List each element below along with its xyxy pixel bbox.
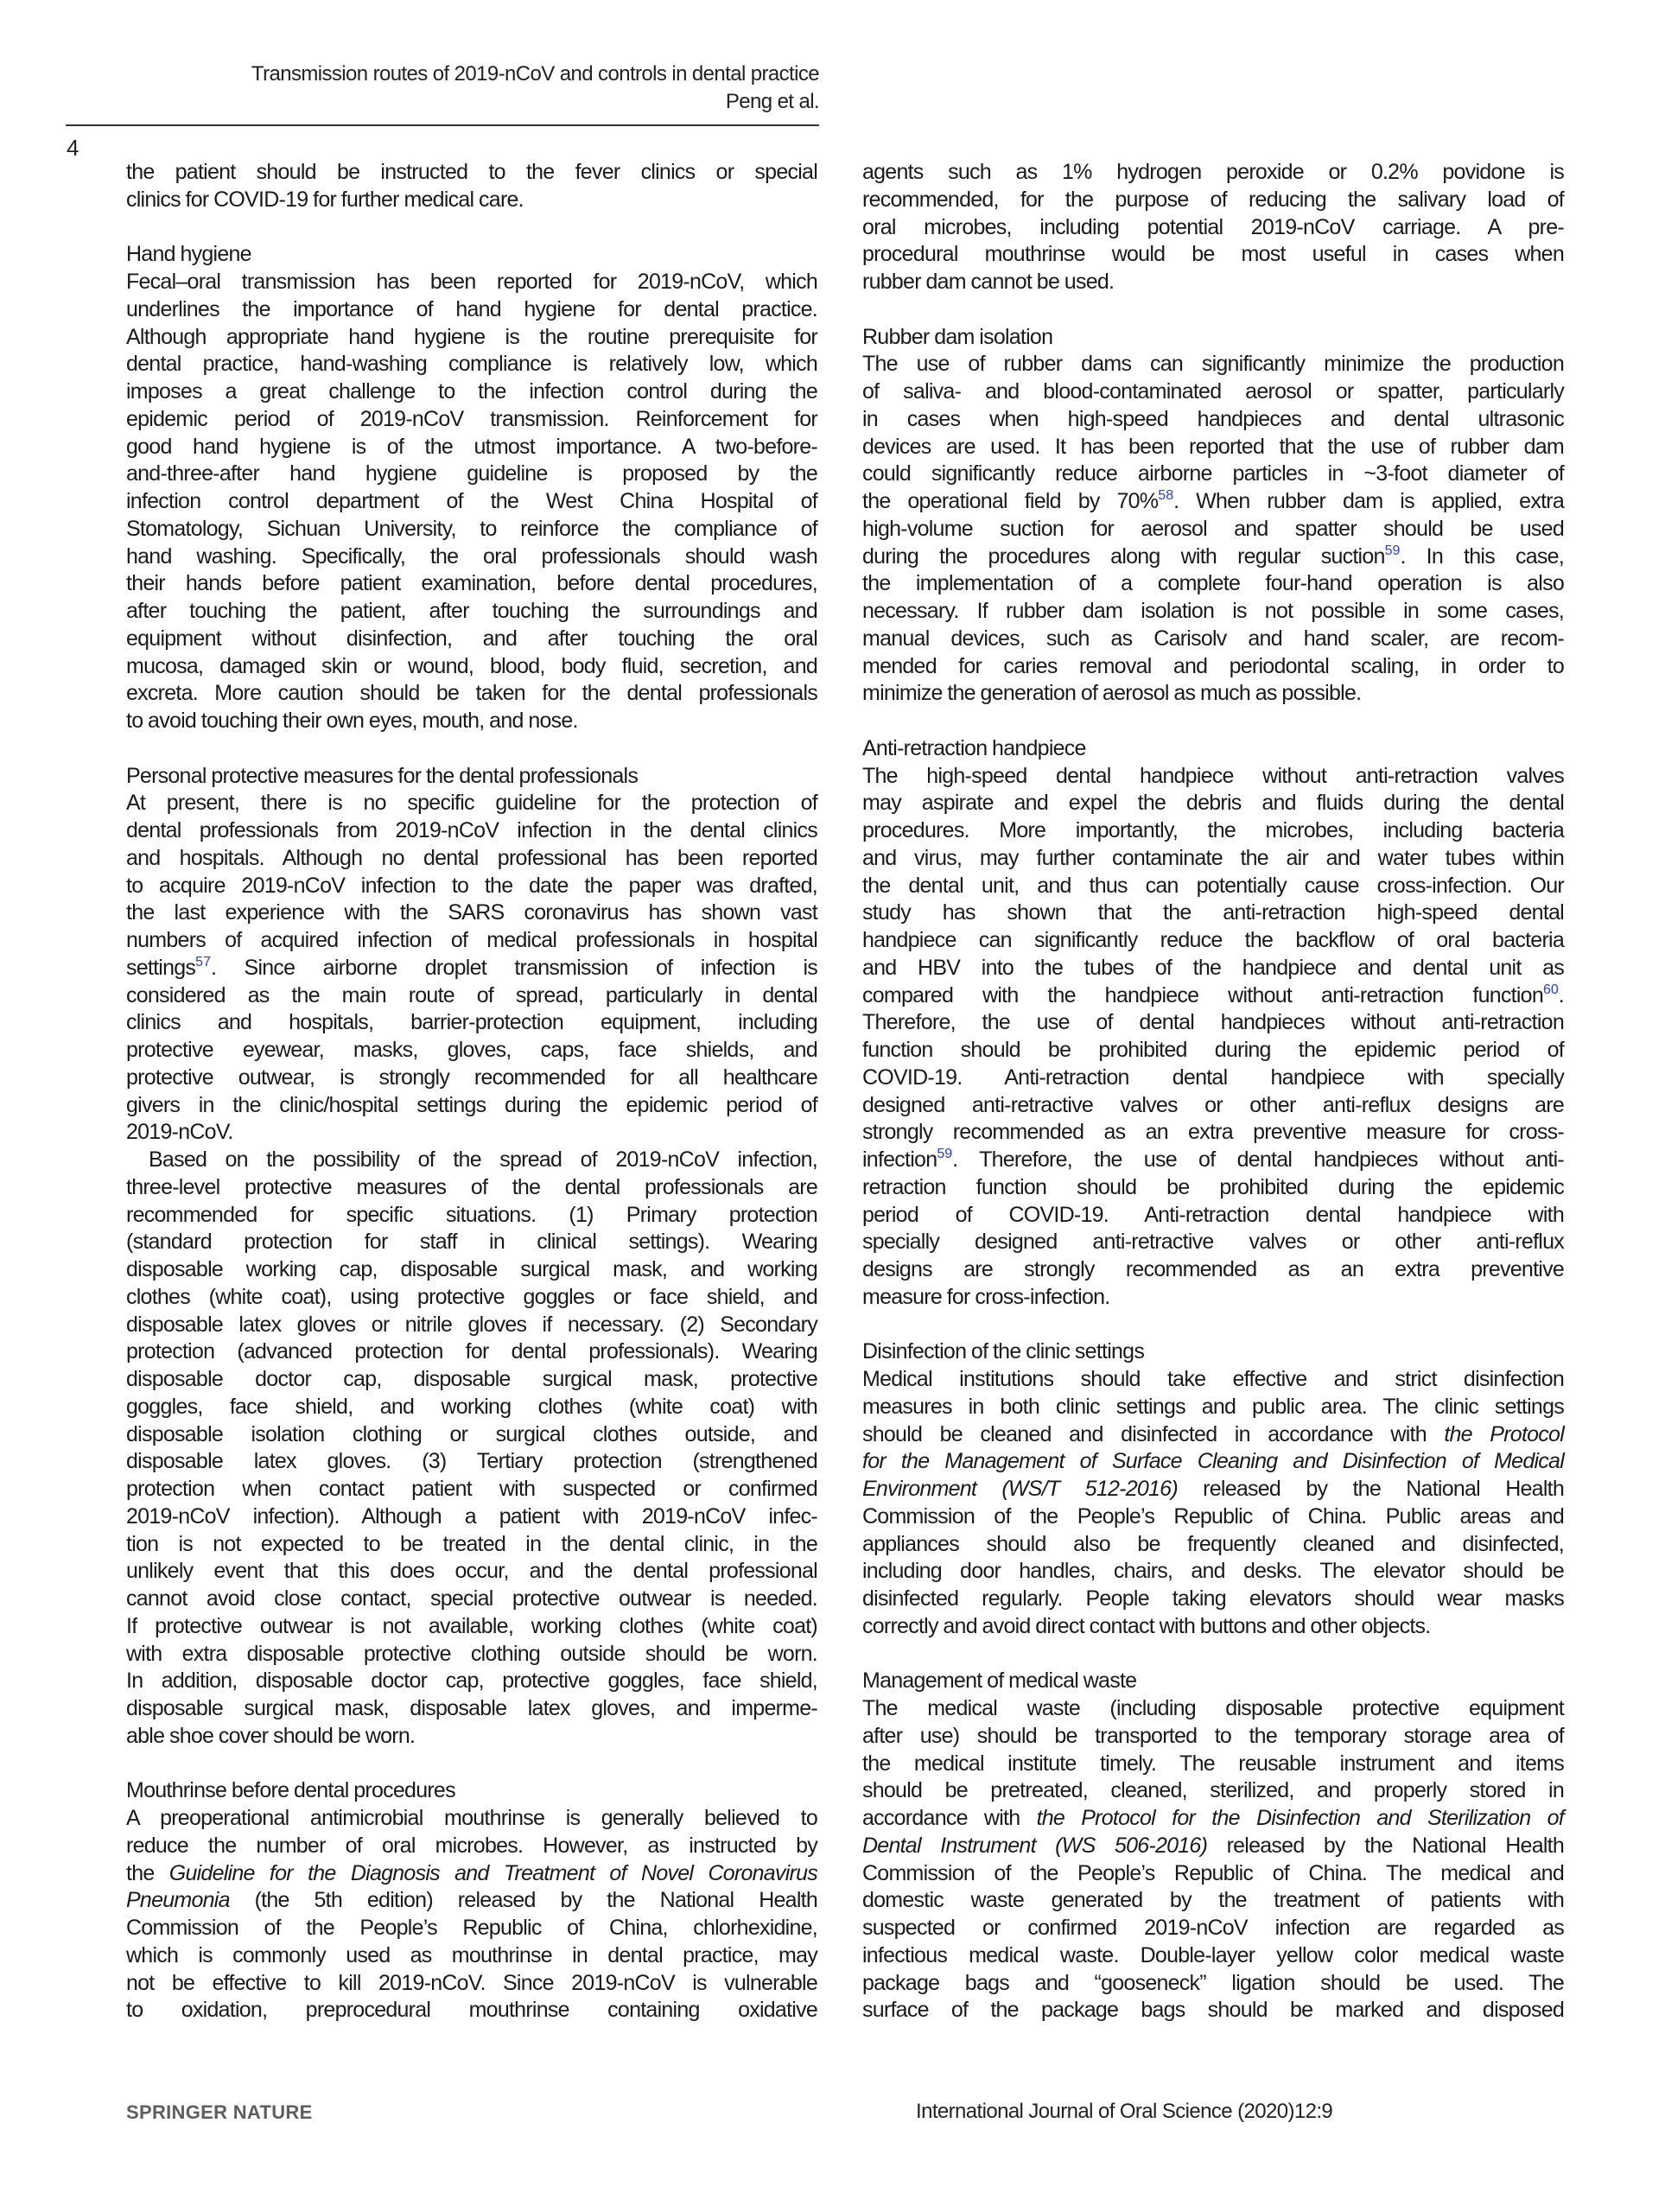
text-line: dental professionals from 2019-nCoV infe… [126, 817, 817, 845]
text-line: The use of rubber dams can significantly… [862, 351, 1564, 378]
text-line: the operational field by 70%58. When rub… [862, 488, 1564, 516]
text-line: Although appropriate hand hygiene is the… [126, 324, 817, 352]
header-rule [66, 124, 819, 126]
text-line: disposable latex gloves or nitrile glove… [126, 1312, 817, 1339]
text-line: considered as the main route of spread, … [126, 982, 817, 1010]
text-line: accordance with the Protocol for the Dis… [862, 1805, 1564, 1833]
spacer [126, 735, 817, 763]
running-header-title: Transmission routes of 2019-nCoV and con… [66, 60, 819, 88]
text-line: settings57. Since airborne droplet trans… [126, 955, 817, 982]
text-line: infection control department of the West… [126, 488, 817, 516]
text-line: designs are strongly recommended as an e… [862, 1256, 1564, 1284]
text-line: oral microbes, including potential 2019-… [862, 214, 1564, 242]
text-line: protective outwear, is strongly recommen… [126, 1065, 817, 1092]
text-line: package bags and “gooseneck” ligation sh… [862, 1970, 1564, 1998]
text-line: COVID-19. Anti-retraction dental handpie… [862, 1065, 1564, 1092]
text-line: tion is not expected to be treated in th… [126, 1531, 817, 1559]
citation-link-60[interactable]: 60 [1543, 982, 1559, 997]
text-fragment: . Therefore, the use of dental handpiece… [952, 1147, 1564, 1172]
spacer [862, 1312, 1564, 1339]
text-line: the Guideline for the Diagnosis and Trea… [126, 1860, 817, 1888]
text-line: disposable surgical mask, disposable lat… [126, 1695, 817, 1723]
text-line: specially designed anti-retractive valve… [862, 1229, 1564, 1256]
text-line: to acquire 2019-nCoV infection to the da… [126, 873, 817, 900]
hand-hygiene-paragraph: Fecal–oral transmission has been reporte… [126, 269, 817, 735]
text-line: which is commonly used as mouthrinse in … [126, 1942, 817, 1970]
text-line: domestic waste generated by the treatmen… [862, 1887, 1564, 1915]
text-line: Commission of the People’s Republic of C… [862, 1503, 1564, 1531]
running-header-authors: Peng et al. [66, 88, 819, 116]
text-line: disposable doctor cap, disposable surgic… [126, 1366, 817, 1394]
text-line: designed anti-retractive valves or other… [862, 1092, 1564, 1120]
text-line: the implementation of a complete four-ha… [862, 570, 1564, 598]
page-number: 4 [67, 135, 79, 161]
mouthrinse-paragraph: A preoperational antimicrobial mouthrins… [126, 1805, 817, 2024]
text-line: suspected or confirmed 2019-nCoV infecti… [862, 1915, 1564, 1942]
text-line: disposable working cap, disposable surgi… [126, 1256, 817, 1284]
text-line: high-volume suction for aerosol and spat… [862, 516, 1564, 543]
text-line: goggles, face shield, and working clothe… [126, 1394, 817, 1421]
text-fragment: settings [126, 956, 195, 980]
text-line: retraction function should be prohibited… [862, 1174, 1564, 1202]
text-line: infection59. Therefore, the use of denta… [862, 1147, 1564, 1174]
text-line: procedural mouthrinse would be most usef… [862, 241, 1564, 269]
text-line: should be pretreated, cleaned, sterilize… [862, 1777, 1564, 1805]
text-line: clothes (white coat), using protective g… [126, 1284, 817, 1312]
text-line: unlikely event that this does occur, and… [126, 1558, 817, 1586]
text-line: able shoe cover should be worn. [126, 1723, 817, 1751]
spacer [862, 708, 1564, 735]
text-fragment: infection [862, 1147, 937, 1172]
text-line: minimize the generation of aerosol as mu… [862, 680, 1564, 708]
anti-retraction-paragraph: The high-speed dental handpiece without … [862, 763, 1564, 1312]
text-line: (standard protection for staff in clinic… [126, 1229, 817, 1256]
text-fragment: . Since airborne droplet transmission of… [211, 956, 817, 980]
text-fragment: (the 5th edition) released by the Nation… [230, 1888, 817, 1912]
text-line: the patient should be instructed to the … [126, 159, 817, 187]
text-line: mended for caries removal and periodonta… [862, 653, 1564, 681]
text-fragment: . In this case, [1400, 544, 1564, 569]
text-line: including door handles, chairs, and desk… [862, 1558, 1564, 1586]
mouthrinse-continued-paragraph: agents such as 1% hydrogen peroxide or 0… [862, 159, 1564, 296]
text-line: compared with the handpiece without anti… [862, 982, 1564, 1010]
text-fragment: compared with the handpiece without anti… [862, 983, 1543, 1007]
text-line: measures in both clinic settings and pub… [862, 1394, 1564, 1421]
citation-link-57[interactable]: 57 [195, 955, 211, 969]
left-column: the patient should be instructed to the … [126, 159, 817, 2024]
text-line: their hands before patient examination, … [126, 570, 817, 598]
text-line: cannot avoid close contact, special prot… [126, 1586, 817, 1613]
text-line: Therefore, the use of dental handpieces … [862, 1009, 1564, 1037]
spacer [126, 214, 817, 242]
text-line: recommended, for the purpose of reducing… [862, 187, 1564, 214]
text-line: to avoid touching their own eyes, mouth,… [126, 708, 817, 735]
text-line: epidemic period of 2019-nCoV transmissio… [126, 406, 817, 434]
text-line: hand washing. Specifically, the oral pro… [126, 543, 817, 571]
text-line: handpiece can significantly reduce the b… [862, 927, 1564, 955]
text-line: clinics for COVID-19 for further medical… [126, 187, 817, 214]
springer-nature-logo: SPRINGER NATURE [126, 2101, 313, 2124]
text-line: with extra disposable protective clothin… [126, 1641, 817, 1669]
personal-protective-paragraph: At present, there is no specific guideli… [126, 790, 817, 1750]
disinfection-paragraph: Medical institutions should take effecti… [862, 1366, 1564, 1641]
text-fragment: during the procedures along with regular… [862, 544, 1385, 569]
rubber-dam-paragraph: The use of rubber dams can significantly… [862, 351, 1564, 708]
text-line: The high-speed dental handpiece without … [862, 763, 1564, 791]
text-line: Commission of the People’s Republic of C… [862, 1860, 1564, 1888]
medical-waste-paragraph: The medical waste (including disposable … [862, 1695, 1564, 2024]
text-line: imposes a great challenge to the infecti… [126, 378, 817, 406]
text-line: after touching the patient, after touchi… [126, 598, 817, 626]
text-line: the dental unit, and thus can potentiall… [862, 873, 1564, 900]
protocol-title-italic: for the Management of Surface Cleaning a… [862, 1449, 1564, 1473]
text-line: rubber dam cannot be used. [862, 269, 1564, 296]
text-line: Dental Instrument (WS 506-2016) released… [862, 1833, 1564, 1860]
section-heading-medical-waste: Management of medical waste [862, 1668, 1564, 1695]
text-line: disposable latex gloves. (3) Tertiary pr… [126, 1448, 817, 1476]
text-line: numbers of acquired infection of medical… [126, 927, 817, 955]
text-line: for the Management of Surface Cleaning a… [862, 1448, 1564, 1476]
text-line: mucosa, damaged skin or wound, blood, bo… [126, 653, 817, 681]
text-line: should be cleaned and disinfected in acc… [862, 1421, 1564, 1449]
text-line: after use) should be transported to the … [862, 1723, 1564, 1751]
text-line: Stomatology, Sichuan University, to rein… [126, 516, 817, 543]
text-line: protection (advanced protection for dent… [126, 1338, 817, 1366]
text-line: infectious medical waste. Double-layer y… [862, 1942, 1564, 1970]
text-line: strongly recommended as an extra prevent… [862, 1119, 1564, 1147]
text-line: to oxidation, preprocedural mouthrinse c… [126, 1997, 817, 2024]
text-line: Medical institutions should take effecti… [862, 1366, 1564, 1394]
text-line: 2019-nCoV infection). Although a patient… [126, 1503, 817, 1531]
guideline-title-italic: Pneumonia [126, 1888, 230, 1912]
text-line: of saliva- and blood-contaminated aeroso… [862, 378, 1564, 406]
text-fragment: released by the National Health [1207, 1834, 1564, 1858]
text-line: not be effective to kill 2019-nCoV. Sinc… [126, 1970, 817, 1998]
text-line: good hand hygiene is of the utmost impor… [126, 434, 817, 461]
text-fragment: . When rubber dam is applied, extra [1173, 489, 1564, 513]
text-line: dental practice, hand-washing compliance… [126, 351, 817, 378]
spacer [862, 296, 1564, 324]
text-line: correctly and avoid direct contact with … [862, 1613, 1564, 1641]
text-line: and virus, may further contaminate the a… [862, 845, 1564, 873]
text-line: protection when contact patient with sus… [126, 1476, 817, 1503]
guideline-title-italic: Guideline for the Diagnosis and Treatmen… [169, 1861, 817, 1885]
text-line: three-level protective measures of the d… [126, 1174, 817, 1202]
text-line: could significantly reduce airborne part… [862, 461, 1564, 488]
running-header: Transmission routes of 2019-nCoV and con… [66, 60, 819, 116]
section-heading-disinfection: Disinfection of the clinic settings [862, 1338, 1564, 1366]
section-heading-personal-protective: Personal protective measures for the den… [126, 763, 817, 791]
text-line: Commission of the People’s Republic of C… [126, 1915, 817, 1942]
text-line: study has shown that the anti-retraction… [862, 899, 1564, 927]
text-line: clinics and hospitals, barrier-protectio… [126, 1009, 817, 1037]
text-line: disposable isolation clothing or surgica… [126, 1421, 817, 1449]
section-heading-rubber-dam: Rubber dam isolation [862, 324, 1564, 352]
protocol-title-italic: Dental Instrument (WS 506-2016) [862, 1834, 1207, 1858]
text-line: At present, there is no specific guideli… [126, 790, 817, 817]
citation-link-59[interactable]: 59 [1385, 543, 1401, 558]
protocol-title-italic: Environment (WS/T 512-2016) [862, 1477, 1178, 1501]
text-line: may aspirate and expel the debris and fl… [862, 790, 1564, 817]
text-line: in cases when high-speed handpieces and … [862, 406, 1564, 434]
text-line: Environment (WS/T 512-2016) released by … [862, 1476, 1564, 1503]
text-line: and-three-after hand hygiene guideline i… [126, 461, 817, 488]
section-heading-hand-hygiene: Hand hygiene [126, 241, 817, 269]
journal-citation: International Journal of Oral Science (2… [916, 2098, 1332, 2126]
text-line: surface of the package bags should be ma… [862, 1997, 1564, 2024]
citation-link-58[interactable]: 58 [1158, 488, 1173, 503]
text-line: disinfected regularly. People taking ele… [862, 1586, 1564, 1613]
text-line: excreta. More caution should be taken fo… [126, 680, 817, 708]
spacer [862, 1641, 1564, 1669]
text-line: devices are used. It has been reported t… [862, 434, 1564, 461]
text-line: Pneumonia (the 5th edition) released by … [126, 1887, 817, 1915]
text-line: 2019-nCoV. [126, 1119, 817, 1147]
text-line: and HBV into the tubes of the handpiece … [862, 955, 1564, 982]
text-line: during the procedures along with regular… [862, 543, 1564, 571]
spacer [126, 1751, 817, 1778]
text-line: and hospitals. Although no dental profes… [126, 845, 817, 873]
text-line: protective eyewear, masks, gloves, caps,… [126, 1037, 817, 1065]
text-line: underlines the importance of hand hygien… [126, 296, 817, 324]
right-column: agents such as 1% hydrogen peroxide or 0… [862, 159, 1564, 2024]
text-fragment: the operational field by 70% [862, 489, 1158, 513]
section-heading-anti-retraction: Anti-retraction handpiece [862, 735, 1564, 763]
protocol-title-italic: the Protocol for the Disinfection and St… [1037, 1806, 1564, 1830]
text-line: the last experience with the SARS corona… [126, 899, 817, 927]
text-line: manual devices, such as Carisolv and han… [862, 626, 1564, 653]
text-line: the medical institute timely. The reusab… [862, 1751, 1564, 1778]
text-line: reduce the number of oral microbes. Howe… [126, 1833, 817, 1860]
text-line: function should be prohibited during the… [862, 1037, 1564, 1065]
text-line: recommended for specific situations. (1)… [126, 1202, 817, 1230]
protocol-title-italic: the Protocol [1444, 1422, 1564, 1446]
section-heading-mouthrinse: Mouthrinse before dental procedures [126, 1777, 817, 1805]
text-line: period of COVID-19. Anti-retraction dent… [862, 1202, 1564, 1230]
text-line: measure for cross-infection. [862, 1284, 1564, 1312]
text-fragment: should be cleaned and disinfected in acc… [862, 1422, 1444, 1446]
text-fragment: accordance with [862, 1806, 1037, 1830]
text-fragment: released by the National Health [1178, 1477, 1564, 1501]
text-line: Based on the possibility of the spread o… [126, 1147, 817, 1174]
text-line: The medical waste (including disposable … [862, 1695, 1564, 1723]
citation-link-59[interactable]: 59 [937, 1147, 952, 1161]
text-fragment: . [1559, 983, 1564, 1007]
text-line: appliances should also be frequently cle… [862, 1531, 1564, 1559]
text-fragment: the [126, 1861, 169, 1885]
text-line: necessary. If rubber dam isolation is no… [862, 598, 1564, 626]
text-line: equipment without disinfection, and afte… [126, 626, 817, 653]
text-line: procedures. More importantly, the microb… [862, 817, 1564, 845]
text-line: givers in the clinic/hospital settings d… [126, 1092, 817, 1120]
text-line: Fecal–oral transmission has been reporte… [126, 269, 817, 296]
text-line: In addition, disposable doctor cap, prot… [126, 1668, 817, 1695]
text-line: If protective outwear is not available, … [126, 1613, 817, 1641]
text-line: agents such as 1% hydrogen peroxide or 0… [862, 159, 1564, 187]
text-line: A preoperational antimicrobial mouthrins… [126, 1805, 817, 1833]
